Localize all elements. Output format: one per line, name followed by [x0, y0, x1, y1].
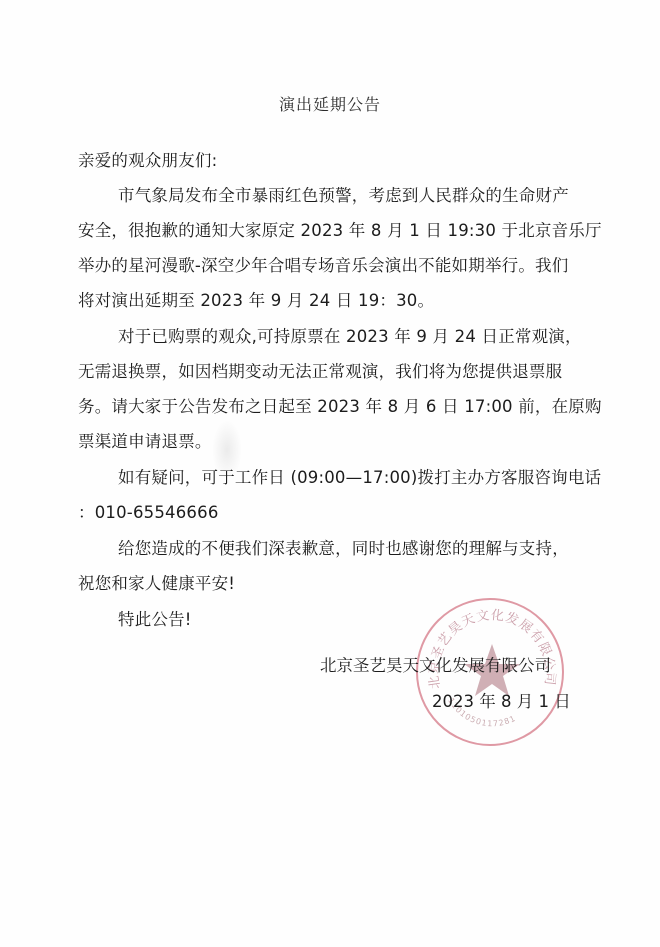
paragraph-1-line-2: 安全，很抱歉的通知大家原定 2023 年 8 月 1 日 19:30 于北京音乐…: [78, 217, 602, 241]
paragraph-1-line-4: 将对演出延期至 2023 年 9 月 24 日 19：30。: [78, 287, 434, 311]
closing-text: 特此公告!: [118, 606, 192, 630]
paragraph-3-line-1: 如有疑问，可于工作日 (09:00—17:00)拨打主办方客服咨询电话: [118, 464, 601, 488]
paragraph-1-line-3: 举办的星河漫歌-深空少年合唱专场音乐会演出不能如期举行。我们: [78, 252, 568, 276]
paragraph-4-line-2: 祝您和家人健康平安!: [78, 570, 235, 594]
paragraph-4-line-1: 给您造成的不便我们深表歉意，同时也感谢您的理解与支持，: [118, 535, 569, 559]
notice-page: 演出延期公告 亲爱的观众朋友们: 市气象局发布全市暴雨红色预警，考虑到人民群众的…: [0, 0, 660, 947]
salutation: 亲爱的观众朋友们:: [78, 147, 217, 171]
paragraph-2-line-1: 对于已购票的观众,可持原票在 2023 年 9 月 24 日正常观演，: [118, 323, 582, 347]
paragraph-2-line-2: 无需退换票，如因档期变动无法正常观演，我们将为您提供退票服: [78, 358, 562, 382]
paragraph-2-line-4: 票渠道申请退票。: [78, 428, 212, 452]
notice-title: 演出延期公告: [0, 92, 660, 115]
paragraph-3-line-2: ：010-65546666: [78, 499, 219, 523]
signature-date: 2023 年 8 月 1 日: [432, 688, 571, 712]
signature-organization: 北京圣艺昊天文化发展有限公司: [320, 652, 551, 676]
paragraph-1-line-1: 市气象局发布全市暴雨红色预警，考虑到人民群众的生命财产: [118, 182, 569, 206]
paragraph-2-line-3: 务。请大家于公告发布之日起至 2023 年 8 月 6 日 17:00 前，在原…: [78, 393, 602, 417]
